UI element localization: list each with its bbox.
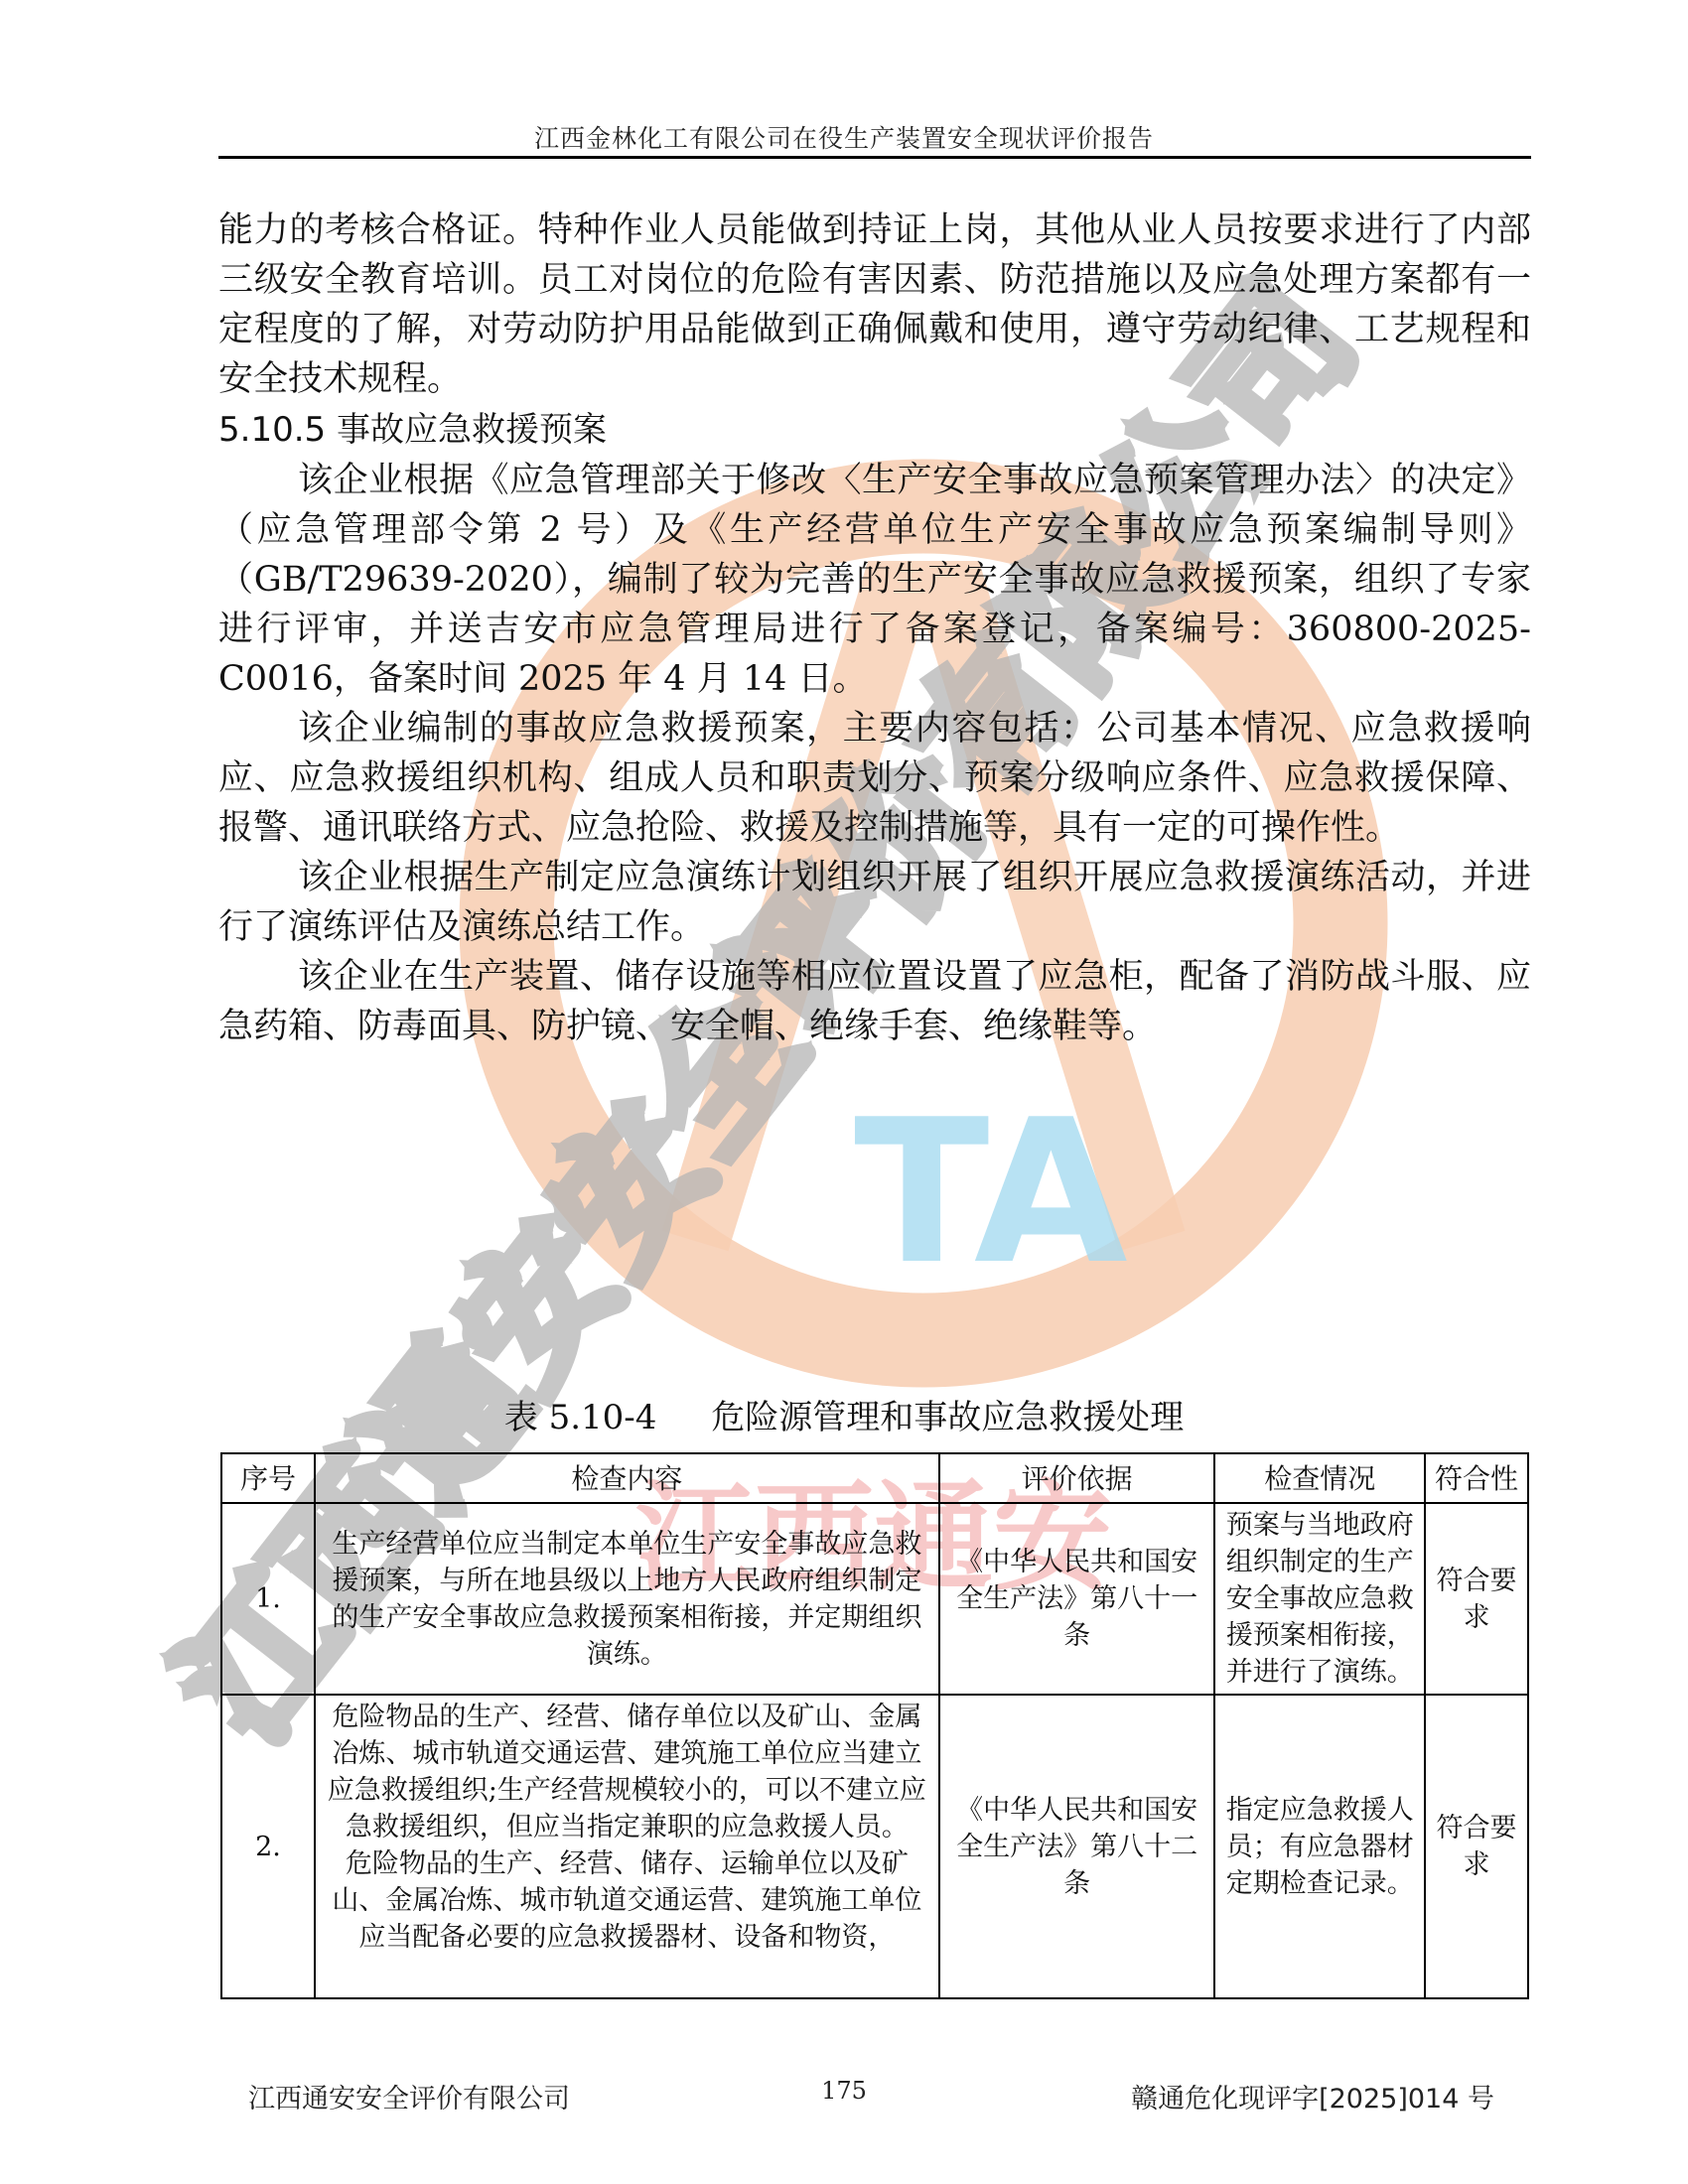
row-basis: 《中华人民共和国安全生产法》第八十二条 (939, 1695, 1215, 1998)
row-result: 符合要求 (1425, 1503, 1528, 1695)
table-header-row: 序号 检查内容 评价依据 检查情况 符合性 (221, 1453, 1528, 1503)
table-row: 2. 危险物品的生产、经营、储存单位以及矿山、金属冶炼、城市轨道交通运营、建筑施… (221, 1695, 1528, 1998)
row-status: 指定应急救援人员；有应急器材定期检查记录。 (1214, 1695, 1425, 1998)
header-content: 检查内容 (315, 1453, 939, 1503)
header-result: 符合性 (1425, 1453, 1528, 1503)
header-no: 序号 (221, 1453, 315, 1503)
row-content: 生产经营单位应当制定本单位生产安全事故应急救援预案，与所在地县级以上地方人民政府… (315, 1503, 939, 1695)
table-row: 1. 生产经营单位应当制定本单位生产安全事故应急救援预案，与所在地县级以上地方人… (221, 1503, 1528, 1695)
row-no: 1. (221, 1503, 315, 1695)
header-basis: 评价依据 (939, 1453, 1215, 1503)
header-status: 检查情况 (1214, 1453, 1425, 1503)
section-heading: 5.10.5 事故应急救援预案 (218, 404, 1531, 456)
row-content-part-2: 危险物品的生产、经营、储存、运输单位以及矿山、金属冶炼、城市轨道交通运营、建筑施… (322, 1845, 932, 1956)
row-no: 2. (221, 1695, 315, 1998)
row-content: 危险物品的生产、经营、储存单位以及矿山、金属冶炼、城市轨道交通运营、建筑施工单位… (315, 1695, 939, 1998)
row-result: 符合要求 (1425, 1695, 1528, 1998)
paragraph-continued: 能力的考核合格证。特种作业人员能做到持证上岗，其他从业人员按要求进行了内部三级安… (218, 205, 1531, 404)
row-status: 预案与当地政府组织制定的生产安全事故应急救援预案相衔接，并进行了演练。 (1214, 1503, 1425, 1695)
document-header-title: 江西金林化工有限公司在役生产装置安全现状评价报告 (0, 119, 1688, 155)
row-basis: 《中华人民共和国安全生产法》第八十一条 (939, 1503, 1215, 1695)
paragraph-drills: 该企业根据生产制定应急演练计划组织开展了组织开展应急救援演练活动，并进行了演练评… (218, 853, 1531, 952)
row-content-part-1: 危险物品的生产、经营、储存单位以及矿山、金属冶炼、城市轨道交通运营、建筑施工单位… (322, 1699, 932, 1845)
header-rule (218, 156, 1531, 159)
table-caption-number: 表 5.10-4 (504, 1398, 657, 1437)
table-caption-title: 危险源管理和事故应急救援处理 (711, 1398, 1184, 1437)
table-caption: 表 5.10-4 危险源管理和事故应急救援处理 (0, 1390, 1688, 1438)
body-text: 能力的考核合格证。特种作业人员能做到持证上岗，其他从业人员按要求进行了内部三级安… (218, 205, 1531, 1051)
paragraph-equipment: 该企业在生产装置、储存设施等相应位置设置了应急柜，配备了消防战斗服、应急药箱、防… (218, 952, 1531, 1051)
hazard-emergency-table: 序号 检查内容 评价依据 检查情况 符合性 1. 生产经营单位应当制定本单位生产… (220, 1452, 1529, 1999)
paragraph-plan-contents: 该企业编制的事故应急救援预案，主要内容包括：公司基本情况、应急救援响应、应急救援… (218, 704, 1531, 853)
footer-document-number: 赣通危化现评字[2025]014 号 (1131, 2077, 1494, 2116)
paragraph-emergency-plan: 该企业根据《应急管理部关于修改〈生产安全事故应急预案管理办法〉的决定》（应急管理… (218, 456, 1531, 704)
watermark-ta-letters: TA (854, 1077, 1128, 1308)
